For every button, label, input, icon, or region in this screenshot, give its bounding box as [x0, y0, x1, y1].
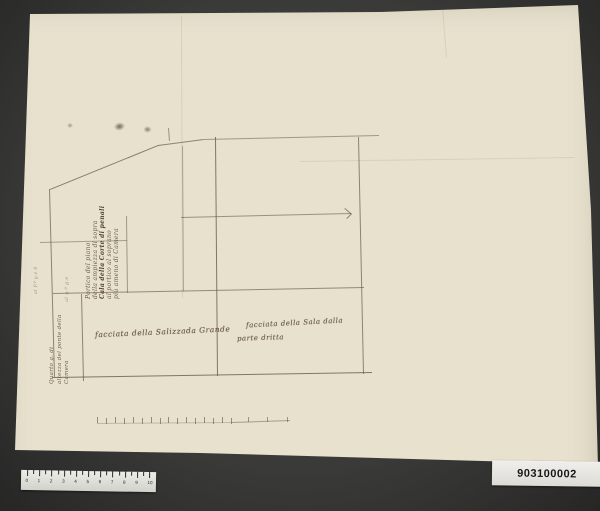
- ink-smudge: [142, 125, 153, 134]
- ruler-half-tick: [33, 470, 34, 474]
- margin-note: Quarto g. di: [49, 336, 57, 384]
- ruler-major-tick: [149, 472, 150, 478]
- ruler-major-tick: [27, 470, 28, 476]
- scale-tick: [186, 417, 187, 423]
- rotated-note: più ameno di Camera: [113, 223, 121, 299]
- id-label-text: 903100002: [517, 467, 577, 480]
- scale-tick: [168, 417, 169, 423]
- ink-line: [182, 146, 184, 291]
- ruler-number: 3: [62, 479, 65, 484]
- ruler-number: 9: [135, 480, 138, 485]
- ink-smudge: [111, 120, 128, 134]
- ruler-half-tick: [58, 470, 59, 474]
- ruler-half-tick: [82, 471, 83, 475]
- ink-smudge: [66, 122, 74, 129]
- scale-tick: [124, 418, 125, 424]
- scale-tick: [222, 417, 223, 423]
- ink-line: [346, 213, 352, 219]
- ruler-major-tick: [76, 471, 77, 477]
- scale-tick: [133, 417, 134, 423]
- ruler-number: 1: [38, 478, 41, 483]
- scale-tick: [204, 417, 205, 423]
- ruler-major-tick: [64, 471, 65, 477]
- ruler-number: 8: [123, 480, 126, 485]
- manuscript-sheet: facciata della Salizzada Grande facciata…: [0, 0, 600, 511]
- ruler-major-tick: [112, 471, 113, 477]
- margin-note: Camera: [64, 350, 72, 384]
- ruler-number: 5: [86, 479, 89, 484]
- scale-tick: [142, 418, 143, 424]
- ruler-half-tick: [119, 472, 120, 476]
- scale-tick: [231, 418, 232, 424]
- caption-salizzada-grande: facciata della Salizzada Grande: [95, 324, 245, 340]
- ruler-half-tick: [94, 471, 95, 475]
- scale-tick: [267, 417, 268, 422]
- ink-line: [97, 422, 232, 424]
- ruler-number: 2: [50, 478, 53, 483]
- ruler-half-tick: [106, 471, 107, 475]
- crease-line: [300, 157, 575, 162]
- ink-line: [204, 135, 379, 140]
- ink-line: [81, 294, 84, 381]
- ruler-half-tick: [70, 471, 71, 475]
- caption-sala-line2: parte dritta: [237, 333, 284, 343]
- ruler-number: 10: [147, 480, 152, 485]
- crease-line: [442, 6, 447, 58]
- ruler-number: 7: [111, 479, 114, 484]
- ruler-half-tick: [131, 472, 132, 476]
- ruler-number: 6: [99, 479, 102, 484]
- scale-tick: [151, 417, 152, 423]
- ruler-major-tick: [137, 472, 138, 478]
- ink-line: [168, 128, 170, 141]
- ruler-half-tick: [45, 470, 46, 474]
- ink-line: [232, 420, 290, 423]
- ink-line: [126, 216, 128, 293]
- id-label: 903100002: [492, 460, 600, 487]
- caption-sala-line1: facciata della Sala dalla: [246, 316, 343, 329]
- ink-line: [358, 137, 364, 374]
- ruler-major-tick: [51, 470, 52, 476]
- ruler-major-tick: [39, 470, 40, 476]
- scale-tick: [195, 418, 196, 424]
- rotated-note: al q.º g.e: [64, 254, 72, 302]
- scale-tick: [177, 418, 178, 424]
- ink-line: [215, 137, 218, 376]
- ink-line: [181, 213, 351, 218]
- scan-background: facciata della Salizzada Grande facciata…: [0, 0, 600, 511]
- scale-tick: [115, 417, 116, 423]
- scale-tick: [248, 417, 249, 422]
- ruler-number: 4: [74, 479, 77, 484]
- ruler-major-tick: [88, 471, 89, 477]
- ruler-major-tick: [125, 472, 126, 478]
- scale-tick: [213, 418, 214, 424]
- ruler-number: 0: [25, 478, 28, 483]
- margin-note-top: al P.º g.e 6: [34, 264, 42, 294]
- calibration-ruler: 012345678910: [21, 470, 156, 492]
- ink-line: [50, 145, 158, 190]
- scale-tick: [160, 418, 161, 424]
- scale-tick: [287, 417, 288, 422]
- ruler-major-tick: [100, 471, 101, 477]
- scale-tick: [97, 417, 98, 423]
- scale-tick: [106, 418, 107, 424]
- ruler-half-tick: [143, 472, 144, 476]
- ink-line: [52, 372, 372, 378]
